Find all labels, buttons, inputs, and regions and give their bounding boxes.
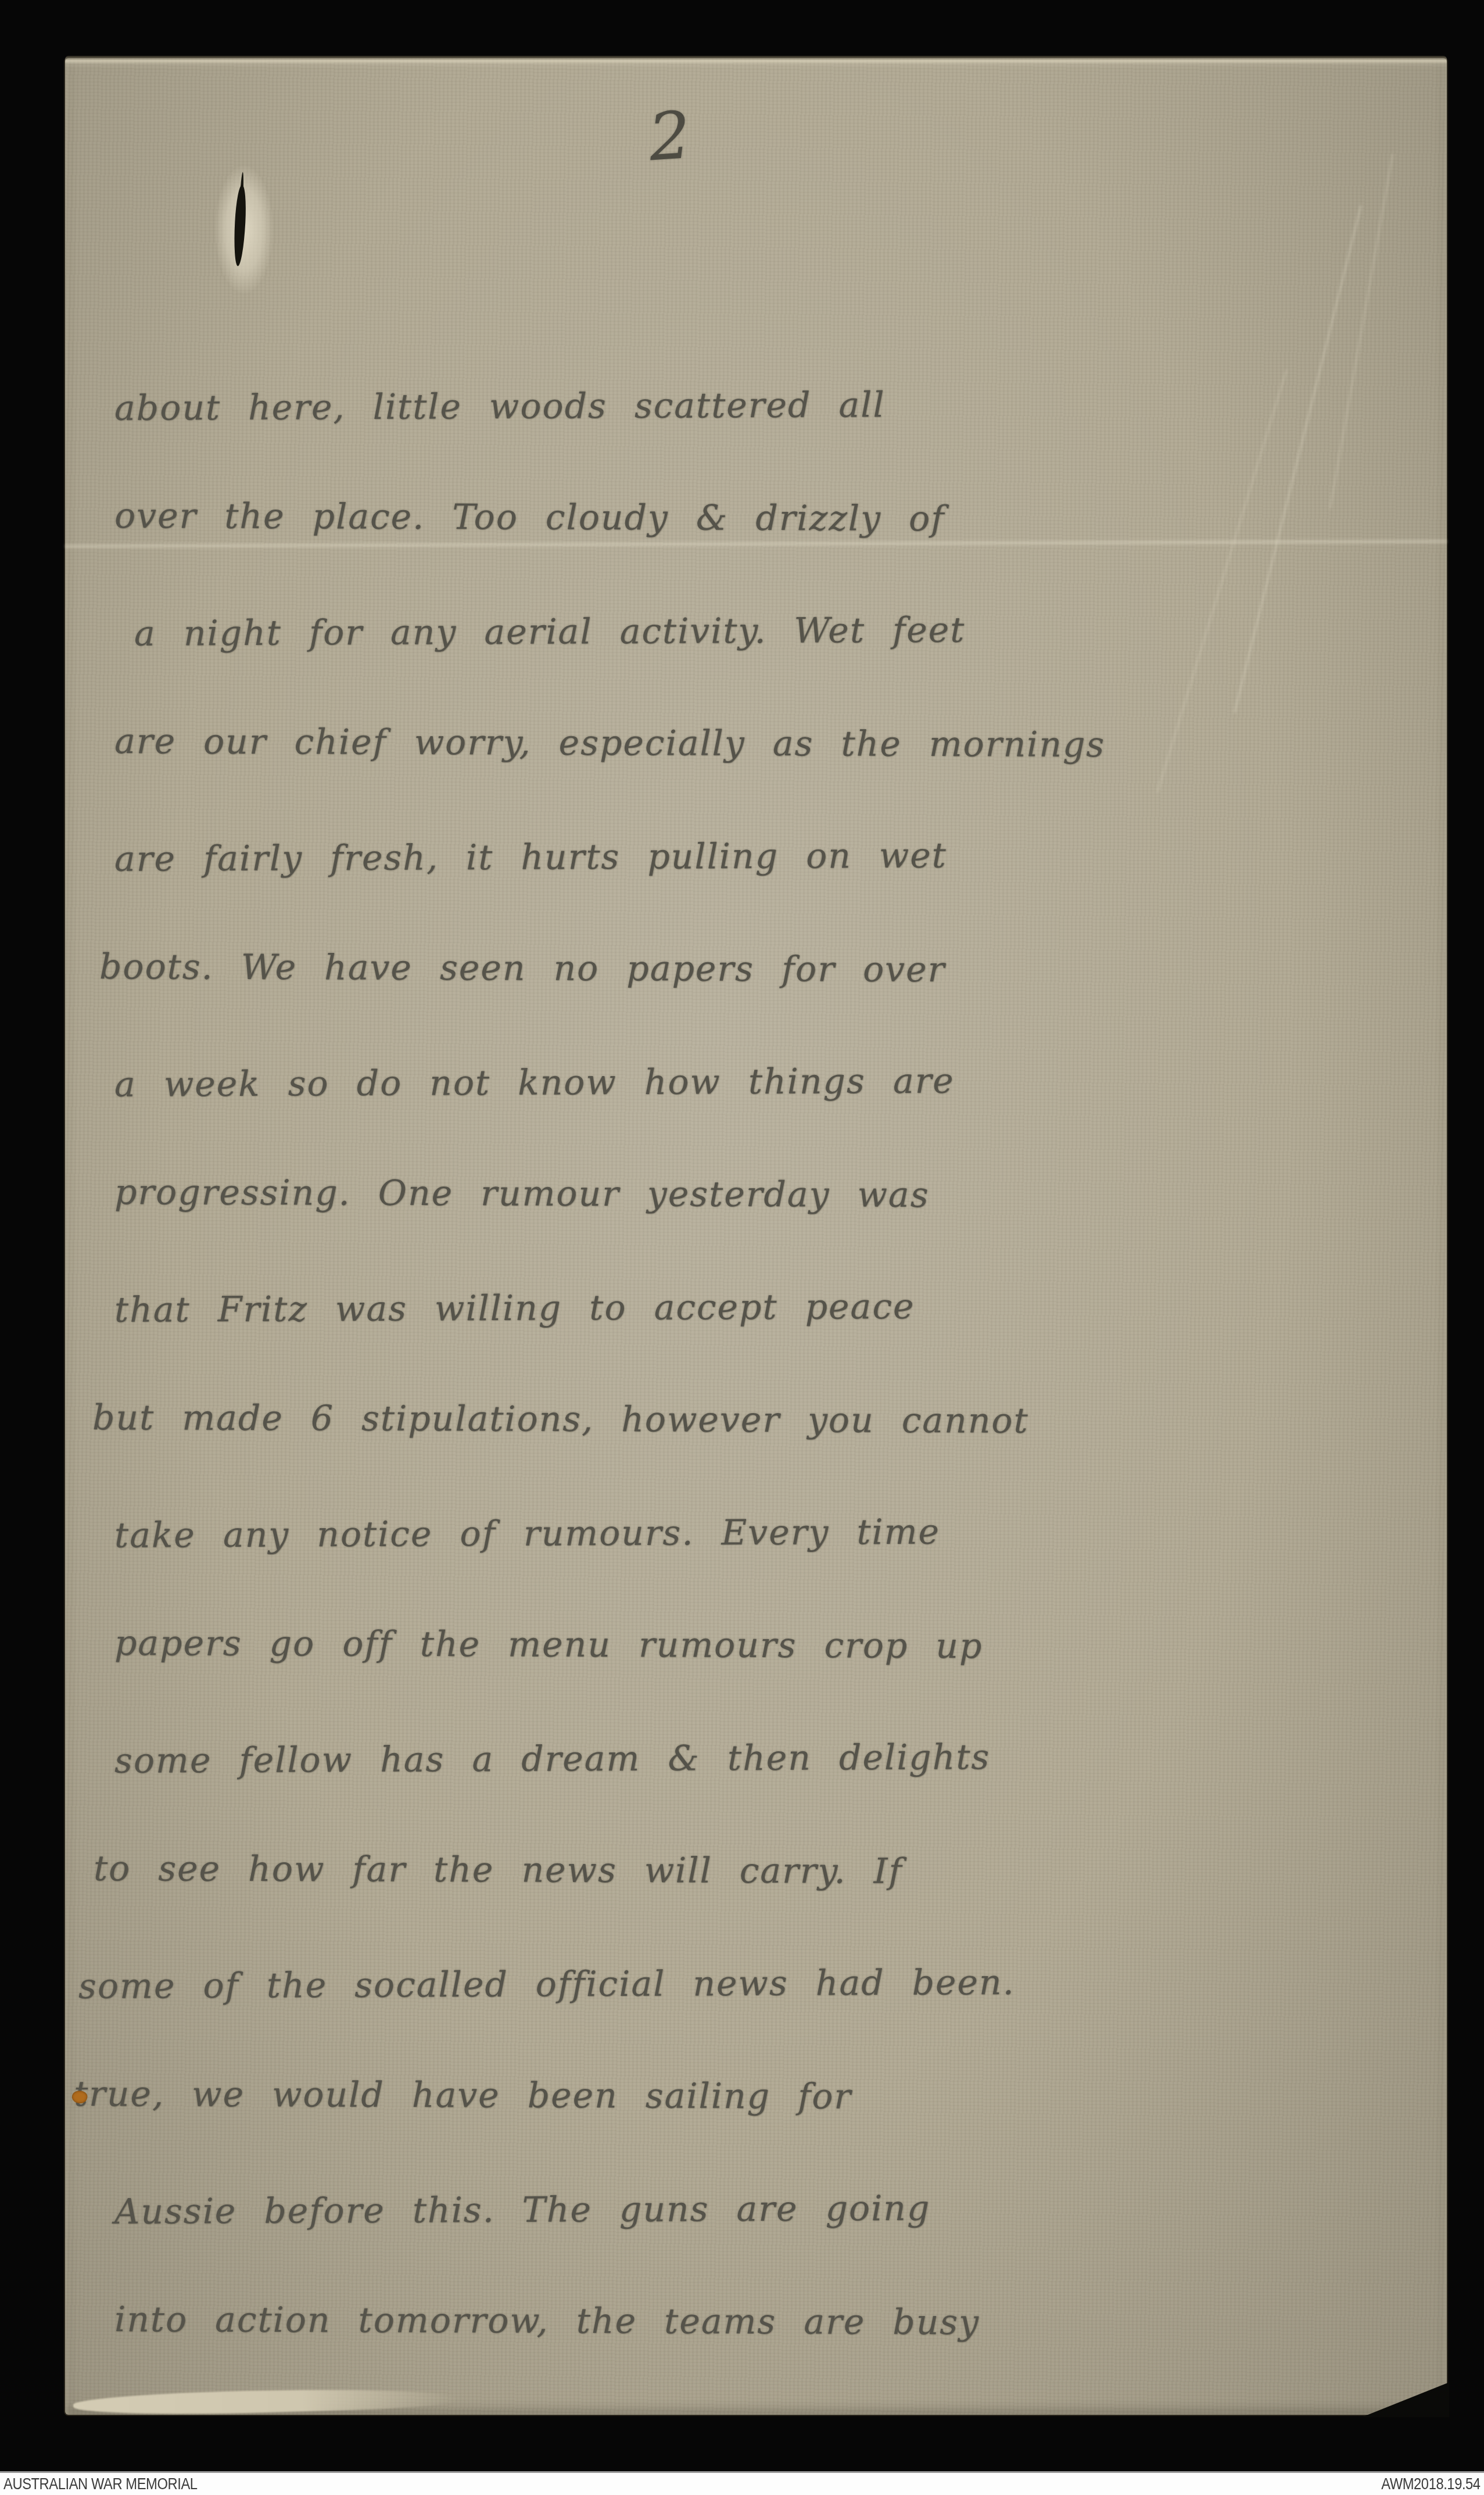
letter-line: papers go off the menu rumours crop up [114, 1587, 1411, 1704]
letter-line: into action tomorrow, the teams are busy [114, 2263, 1411, 2381]
scanned-letter-photograph: 2 about here, little woods scattered all… [0, 0, 1484, 2495]
letter-line: about here, little woods scattered all [114, 346, 1411, 465]
letter-line: are our chief worry, especially as the m… [114, 685, 1411, 802]
letter-body: about here, little woods scattered all o… [114, 349, 1410, 2378]
letter-line: over the place. Too cloudy & drizzly of [114, 460, 1411, 577]
letter-line: true, we would have been sailing for [74, 2038, 1411, 2155]
letter-paper-sheet: 2 about here, little woods scattered all… [65, 58, 1447, 2415]
letter-line: progressing. One rumour yesterday was [114, 1136, 1411, 1253]
letter-line: take any notice of rumours. Every time [114, 1474, 1411, 1592]
torn-bottom-edge [73, 2385, 457, 2418]
letter-line: some of the socalled official news had b… [78, 1924, 1411, 2043]
letter-line: boots. We have seen no papers for over [99, 910, 1411, 1028]
letter-line: Aussie before this. The guns are going [114, 2150, 1411, 2268]
letter-line: that Fritz was willing to accept peace [114, 1248, 1411, 1367]
page-number: 2 [647, 98, 693, 176]
accession-number: AWM2018.19.54 [1382, 2475, 1481, 2493]
letter-line: some fellow has a dream & then delights [114, 1699, 1411, 1818]
letter-line: to see how far the news will carry. If [94, 1812, 1411, 1930]
institution-label: AUSTRALIAN WAR MEMORIAL [3, 2475, 198, 2493]
letter-line: a week so do not know how things are [114, 1023, 1411, 1141]
clipped-corner [1362, 2382, 1449, 2417]
letter-line: are fairly fresh, it hurts pulling on we… [114, 797, 1411, 916]
catalogue-footer-bar: AUSTRALIAN WAR MEMORIAL AWM2018.19.54 [0, 2471, 1484, 2495]
letter-line: but made 6 stipulations, however you can… [92, 1361, 1411, 1479]
